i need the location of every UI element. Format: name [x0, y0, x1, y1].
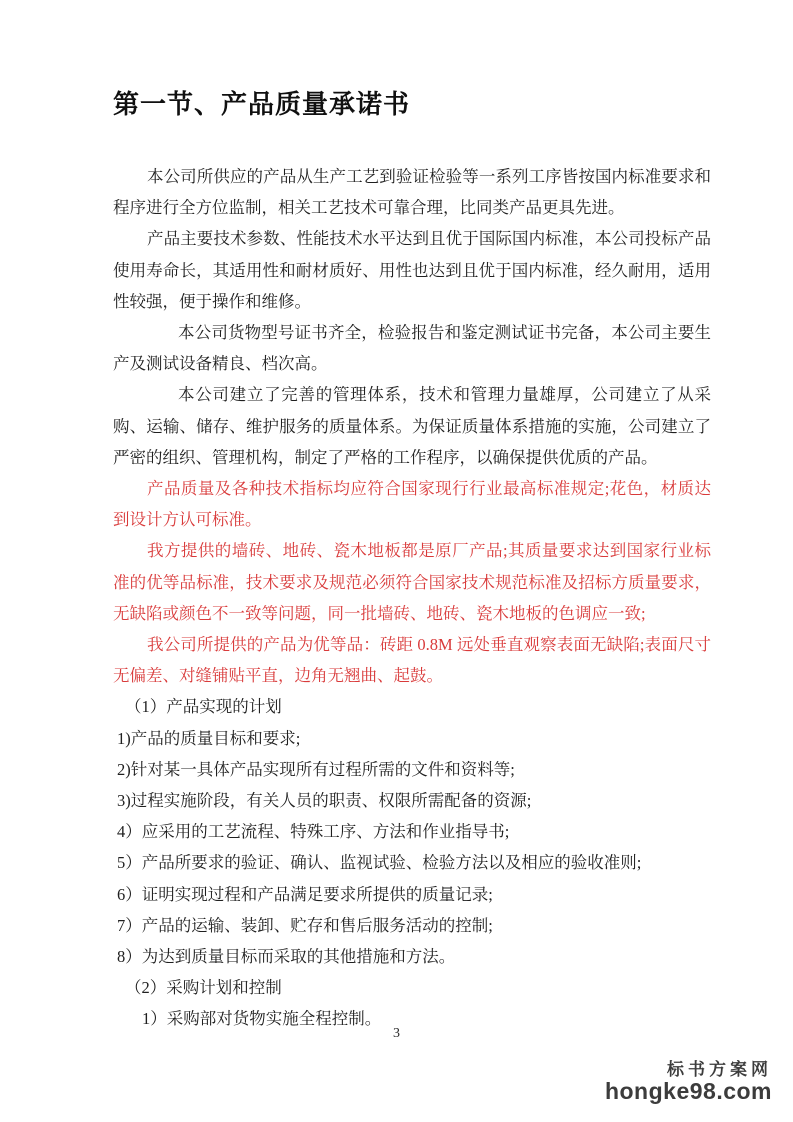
paragraph: 本公司所供应的产品从生产工艺到验证检验等一系列工序皆按国内标准要求和程序进行全方…	[113, 161, 711, 223]
page-title: 第一节、产品质量承诺书	[113, 88, 711, 120]
list-item: 4）应采用的工艺流程、特殊工序、方法和作业指导书;	[113, 816, 711, 847]
list-item: 8）为达到质量目标而采取的其他措施和方法。	[113, 941, 711, 972]
paragraph: 我方提供的墙砖、地砖、瓷木地板都是原厂产品;其质量要求达到国家行业标准的优等品标…	[113, 535, 711, 629]
watermark: 标书方案网 hongke98.com	[605, 1060, 772, 1103]
paragraph: 我公司所提供的产品为优等品：砖距 0.8M 远处垂直观察表面无缺陷;表面尺寸无偏…	[113, 629, 711, 691]
document-page: 第一节、产品质量承诺书 本公司所供应的产品从生产工艺到验证检验等一系列工序皆按国…	[0, 0, 793, 1122]
page-number: 3	[0, 1026, 793, 1042]
list-item: 3)过程实施阶段，有关人员的职责、权限所需配备的资源;	[113, 785, 711, 816]
paragraph: 产品质量及各种技术指标均应符合国家现行行业最高标准规定;花色，材质达到设计方认可…	[113, 473, 711, 535]
section-label: （1）产品实现的计划	[113, 691, 711, 722]
watermark-site-name: 标书方案网	[605, 1060, 772, 1079]
paragraph: 本公司货物型号证书齐全，检验报告和鉴定测试证书完备，本公司主要生产及测试设备精良…	[113, 317, 711, 379]
list-item: 6）证明实现过程和产品满足要求所提供的质量记录;	[113, 879, 711, 910]
list-item: 1)产品的质量目标和要求;	[113, 723, 711, 754]
watermark-domain: hongke98.com	[605, 1079, 772, 1103]
paragraph: 产品主要技术参数、性能技术水平达到且优于国际国内标准，本公司投标产品使用寿命长，…	[113, 223, 711, 317]
list-item: 7）产品的运输、装卸、贮存和售后服务活动的控制;	[113, 910, 711, 941]
paragraph: 本公司建立了完善的管理体系，技术和管理力量雄厚，公司建立了从采购、运输、储存、维…	[113, 379, 711, 473]
list-item: 2)针对某一具体产品实现所有过程所需的文件和资料等;	[113, 754, 711, 785]
document-content: 第一节、产品质量承诺书 本公司所供应的产品从生产工艺到验证检验等一系列工序皆按国…	[113, 88, 711, 1035]
document-body: 本公司所供应的产品从生产工艺到验证检验等一系列工序皆按国内标准要求和程序进行全方…	[113, 161, 711, 1035]
list-item: 5）产品所要求的验证、确认、监视试验、检验方法以及相应的验收准则;	[113, 847, 711, 878]
section-label: （2）采购计划和控制	[113, 972, 711, 1003]
